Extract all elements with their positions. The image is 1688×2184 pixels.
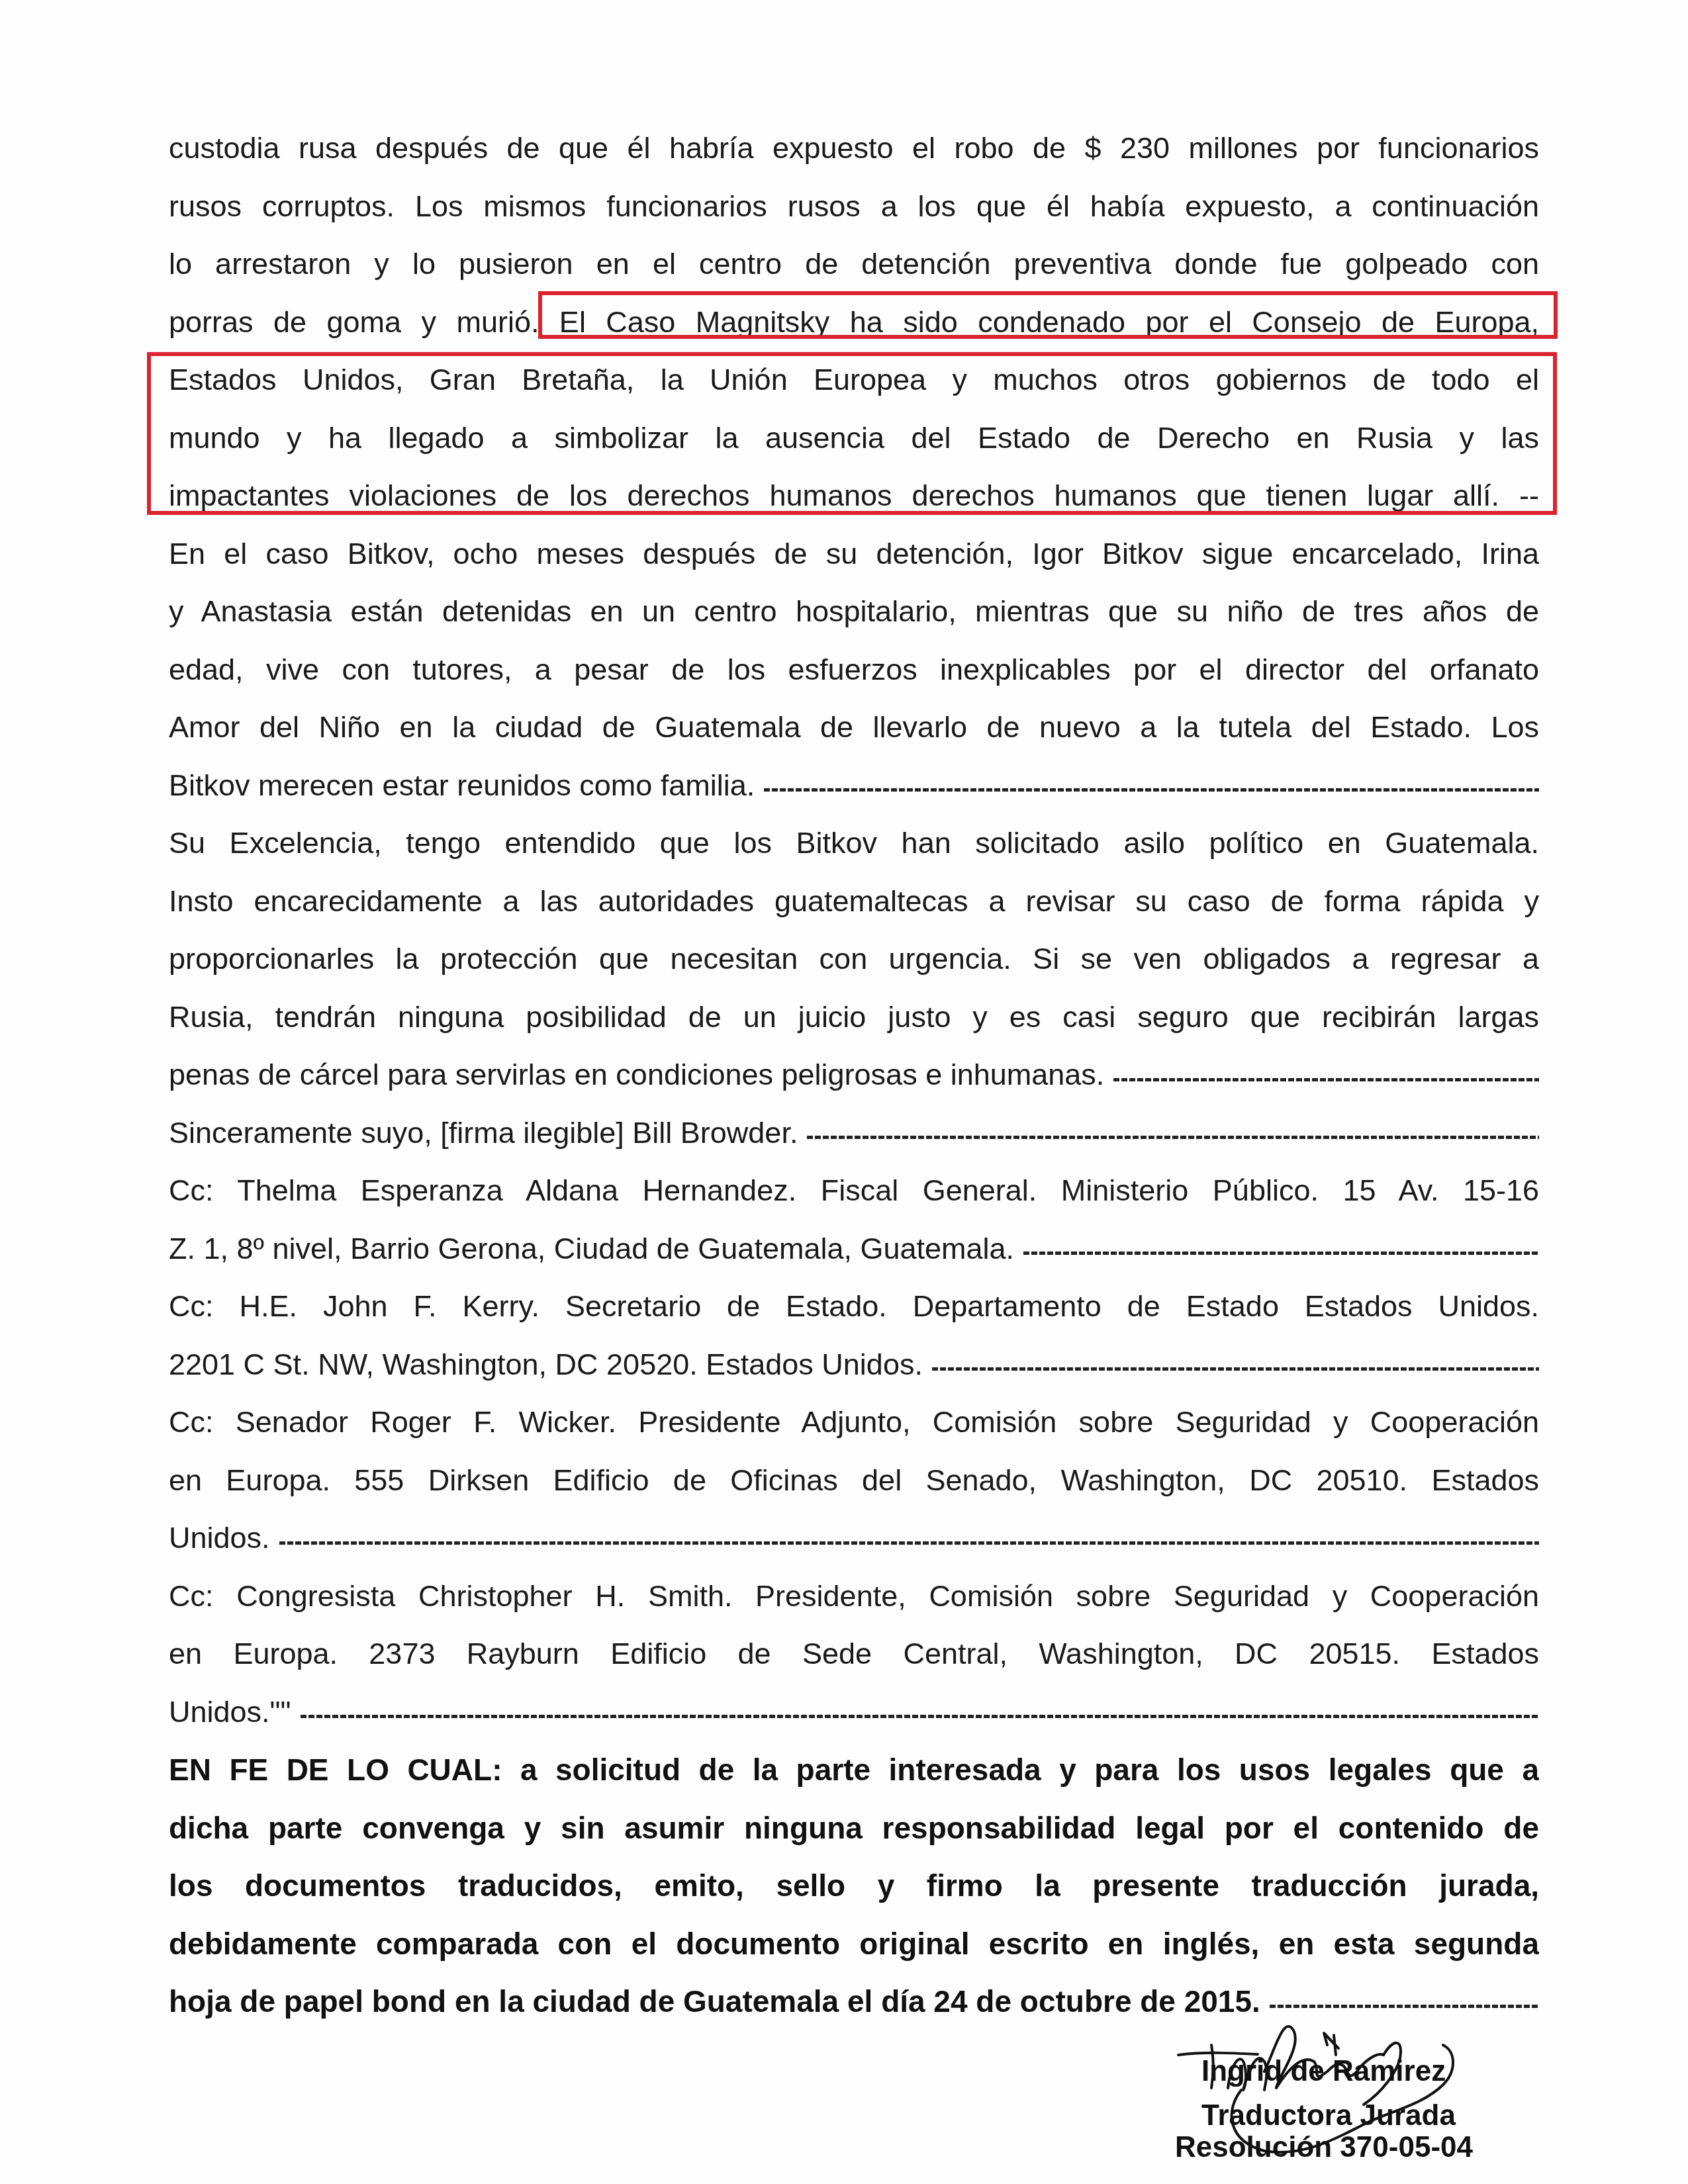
text-line-content: dicha parte convenga y sin asumir ningun… [169,1808,1539,1848]
text-line: 2201 C St. NW, Washington, DC 20520. Est… [169,1345,1539,1385]
text-line-content: Cc: Congresista Christopher H. Smith. Pr… [169,1576,1539,1616]
stamp-title: Traductora Jurada [1201,2099,1456,2132]
text-line-content: Sinceramente suyo, [firma ilegible] Bill… [169,1113,798,1153]
dash-filler [932,1367,1539,1371]
text-line-content: los documentos traducidos, emito, sello … [169,1866,1539,1905]
text-line-content: Estados Unidos, Gran Bretaña, la Unión E… [169,360,1539,400]
text-line-content: lo arrestaron y lo pusieron en el centro… [169,244,1539,284]
text-line: Cc: Thelma Esperanza Aldana Hernandez. F… [169,1171,1539,1210]
text-line-content: custodia rusa después de que él habría e… [169,128,1539,168]
text-line-content: impactantes violaciones de los derechos … [169,476,1539,516]
stamp-name: Ingrid de Ramirez [1201,2055,1446,2088]
text-line: mundo y ha llegado a simbolizar la ausen… [169,418,1539,458]
text-line: en Europa. 2373 Rayburn Edificio de Sede… [169,1634,1539,1674]
dash-filler [764,788,1539,792]
text-line: Rusia, tendrán ninguna posibilidad de un… [169,997,1539,1037]
dash-filler [807,1136,1539,1139]
dash-filler [301,1715,1539,1718]
dash-filler [279,1541,1539,1545]
text-line: Insto encarecidamente a las autoridades … [169,882,1539,921]
text-line: debidamente comparada con el documento o… [169,1924,1539,1964]
text-line-content: edad, vive con tutores, a pesar de los e… [169,650,1539,690]
text-line-content: Cc: H.E. John F. Kerry. Secretario de Es… [169,1287,1539,1326]
text-line: lo arrestaron y lo pusieron en el centro… [169,244,1539,284]
text-line-content: EN FE DE LO CUAL: a solicitud de la part… [169,1750,1539,1790]
dash-filler [1113,1078,1539,1081]
text-line-content: hoja de papel bond en la ciudad de Guate… [169,1981,1260,2021]
text-line-content: Z. 1, 8º nivel, Barrio Gerona, Ciudad de… [169,1229,1014,1269]
text-line: custodia rusa después de que él habría e… [169,128,1539,168]
text-line-content: Rusia, tendrán ninguna posibilidad de un… [169,997,1539,1037]
text-line: porras de goma y murió. El Caso Magnitsk… [169,302,1539,342]
text-line: Z. 1, 8º nivel, Barrio Gerona, Ciudad de… [169,1229,1539,1269]
stamp-resolution: Resolución 370-05-04 [1175,2131,1473,2164]
text-line: Cc: Senador Roger F. Wicker. Presidente … [169,1402,1539,1442]
text-line-content: Cc: Senador Roger F. Wicker. Presidente … [169,1402,1539,1442]
text-line: en Europa. 555 Dirksen Edificio de Ofici… [169,1461,1539,1500]
text-line: Amor del Niño en la ciudad de Guatemala … [169,707,1539,747]
text-line: y Anastasia están detenidas en un centro… [169,592,1539,631]
text-line-content: Insto encarecidamente a las autoridades … [169,882,1539,921]
text-line: Unidos. [169,1518,1539,1558]
text-line-content: Unidos. [169,1518,270,1558]
text-line-content: penas de cárcel para servirlas en condic… [169,1055,1104,1095]
translator-stamp: Ingrid de Ramirez Traductora Jurada Reso… [1165,2025,1509,2184]
text-line: Cc: Congresista Christopher H. Smith. Pr… [169,1576,1539,1616]
text-line: Estados Unidos, Gran Bretaña, la Unión E… [169,360,1539,400]
text-line: Su Excelencia, tengo entendido que los B… [169,823,1539,863]
text-line-content: rusos corruptos. Los mismos funcionarios… [169,187,1539,226]
text-line-content: y Anastasia están detenidas en un centro… [169,592,1539,631]
text-line-content: en Europa. 555 Dirksen Edificio de Ofici… [169,1461,1539,1500]
text-line-content: Bitkov merecen estar reunidos como famil… [169,766,755,805]
text-line-content: En el caso Bitkov, ocho meses después de… [169,534,1539,574]
text-line: rusos corruptos. Los mismos funcionarios… [169,187,1539,226]
document-page: custodia rusa después de que él habría e… [0,0,1688,2184]
text-line: hoja de papel bond en la ciudad de Guate… [169,1981,1539,2021]
text-line: proporcionarles la protección que necesi… [169,939,1539,979]
text-line: dicha parte convenga y sin asumir ningun… [169,1808,1539,1848]
text-line: penas de cárcel para servirlas en condic… [169,1055,1539,1095]
text-line-content: 2201 C St. NW, Washington, DC 20520. Est… [169,1345,923,1385]
text-line: En el caso Bitkov, ocho meses después de… [169,534,1539,574]
text-line-content: Amor del Niño en la ciudad de Guatemala … [169,707,1539,747]
text-line-content: porras de goma y murió. El Caso Magnitsk… [169,302,1539,342]
text-line-content: proporcionarles la protección que necesi… [169,939,1539,979]
text-line: Unidos."" [169,1692,1539,1732]
text-line-content: en Europa. 2373 Rayburn Edificio de Sede… [169,1634,1539,1674]
dash-filler [1270,2005,1539,2008]
dash-filler [1023,1251,1539,1255]
text-line: EN FE DE LO CUAL: a solicitud de la part… [169,1750,1539,1790]
text-line-content: Cc: Thelma Esperanza Aldana Hernandez. F… [169,1171,1539,1210]
text-line-content: Unidos."" [169,1692,291,1732]
text-line: edad, vive con tutores, a pesar de los e… [169,650,1539,690]
text-line: Bitkov merecen estar reunidos como famil… [169,766,1539,805]
text-line-content: mundo y ha llegado a simbolizar la ausen… [169,418,1539,458]
text-line-content: Su Excelencia, tengo entendido que los B… [169,823,1539,863]
text-line: Sinceramente suyo, [firma ilegible] Bill… [169,1113,1539,1153]
text-line: Cc: H.E. John F. Kerry. Secretario de Es… [169,1287,1539,1326]
text-line: los documentos traducidos, emito, sello … [169,1866,1539,1905]
text-line: impactantes violaciones de los derechos … [169,476,1539,516]
text-line-content: debidamente comparada con el documento o… [169,1924,1539,1964]
